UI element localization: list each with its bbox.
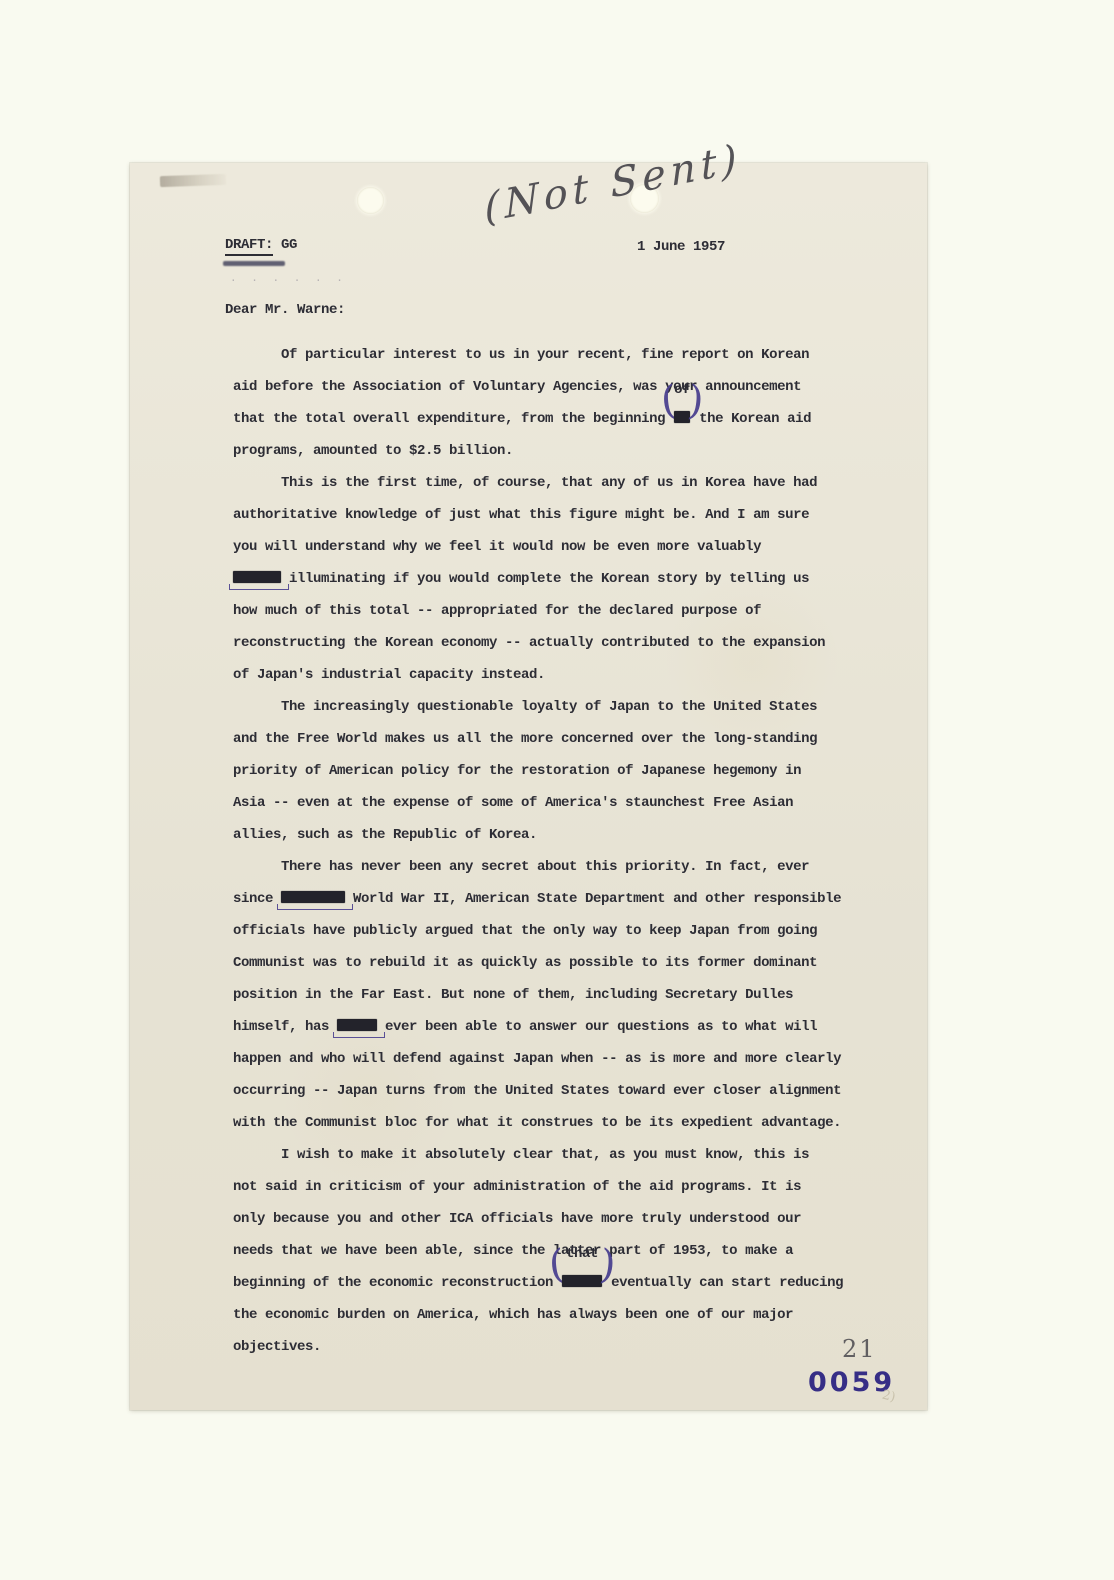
draft-label-underlined: DRAFT: [225,237,273,256]
faint-dots: . . . . . . [230,271,347,284]
salutation: Dear Mr. Warne: [225,302,345,318]
letter-paper: (Not Sent) DRAFT: GG . . . . . . 1 June … [130,163,927,1410]
letter-line: himself, has ever been able to answer ou… [233,1011,893,1043]
letter-line: only because you and other ICA officials… [233,1203,893,1235]
page-number: 21 [842,1335,877,1363]
letter-line: Communist was to rebuild it as quickly a… [233,947,893,979]
letter-line: I wish to make it absolutely clear that,… [233,1139,893,1171]
erasure-smudge [160,174,226,187]
letter-line: aid before the Association of Voluntary … [233,371,893,403]
letter-line: The increasingly questionable loyalty of… [233,691,893,723]
letter-line: the economic burden on America, which ha… [233,1299,893,1331]
letter-line: Of particular interest to us in your rec… [233,339,893,371]
letter-line: There has never been any secret about th… [233,851,893,883]
letter-line: authoritative knowledge of just what thi… [233,499,893,531]
struck-out-word [337,1019,377,1031]
ink-paren-right: ) [598,1244,617,1285]
hole-punch-left [357,187,384,214]
correction-insertion: (that) [562,1267,602,1299]
letter-line: objectives. [233,1331,893,1363]
letter-line: Asia -- even at the expense of some of A… [233,787,893,819]
letter-line: occurring -- Japan turns from the United… [233,1075,893,1107]
letter-line: happen and who will defend against Japan… [233,1043,893,1075]
letter-line: you will understand why we feel it would… [233,531,893,563]
draft-label: DRAFT: GG [225,237,297,253]
letter-line: with the Communist bloc for what it cons… [233,1107,893,1139]
struck-out-word [281,891,345,903]
letter-line: not said in criticism of your administra… [233,1171,893,1203]
letter-line: This is the first time, of course, that … [233,467,893,499]
struck-out-word [233,571,281,583]
scanned-letter-page: { "theme": { "background": "#f9faf0", "p… [0,0,1114,1580]
letter-line: position in the Far East. But none of th… [233,979,893,1011]
handwritten-not-sent-note: (Not Sent) [483,136,741,232]
letter-line: of Japan's industrial capacity instead. [233,659,893,691]
correction-insertion: (of) [674,403,690,435]
letter-date: 1 June 1957 [637,239,725,255]
struck-out-word [562,1275,602,1287]
inserted-word-above-line: that [566,1247,598,1261]
letter-line: officials have publicly argued that the … [233,915,893,947]
letter-line: allies, such as the Republic of Korea. [233,819,893,851]
letter-line: and the Free World makes us all the more… [233,723,893,755]
letter-line: that the total overall expenditure, from… [233,403,893,435]
letter-line: since World War II, American State Depar… [233,883,893,915]
letter-line: beginning of the economic reconstruction… [233,1267,893,1299]
letter-line: programs, amounted to $2.5 billion. [233,435,893,467]
letter-line: how much of this total -- appropriated f… [233,595,893,627]
ink-paren-right: ) [686,380,705,421]
draft-initials: GG [273,237,297,253]
letter-line: illuminating if you would complete the K… [233,563,893,595]
faint-pencil-mark: 2) [880,1388,897,1406]
ink-smudge [223,261,285,266]
letter-line: priority of American policy for the rest… [233,755,893,787]
letter-body: Of particular interest to us in your rec… [233,339,893,1363]
letter-line: reconstructing the Korean economy -- act… [233,627,893,659]
